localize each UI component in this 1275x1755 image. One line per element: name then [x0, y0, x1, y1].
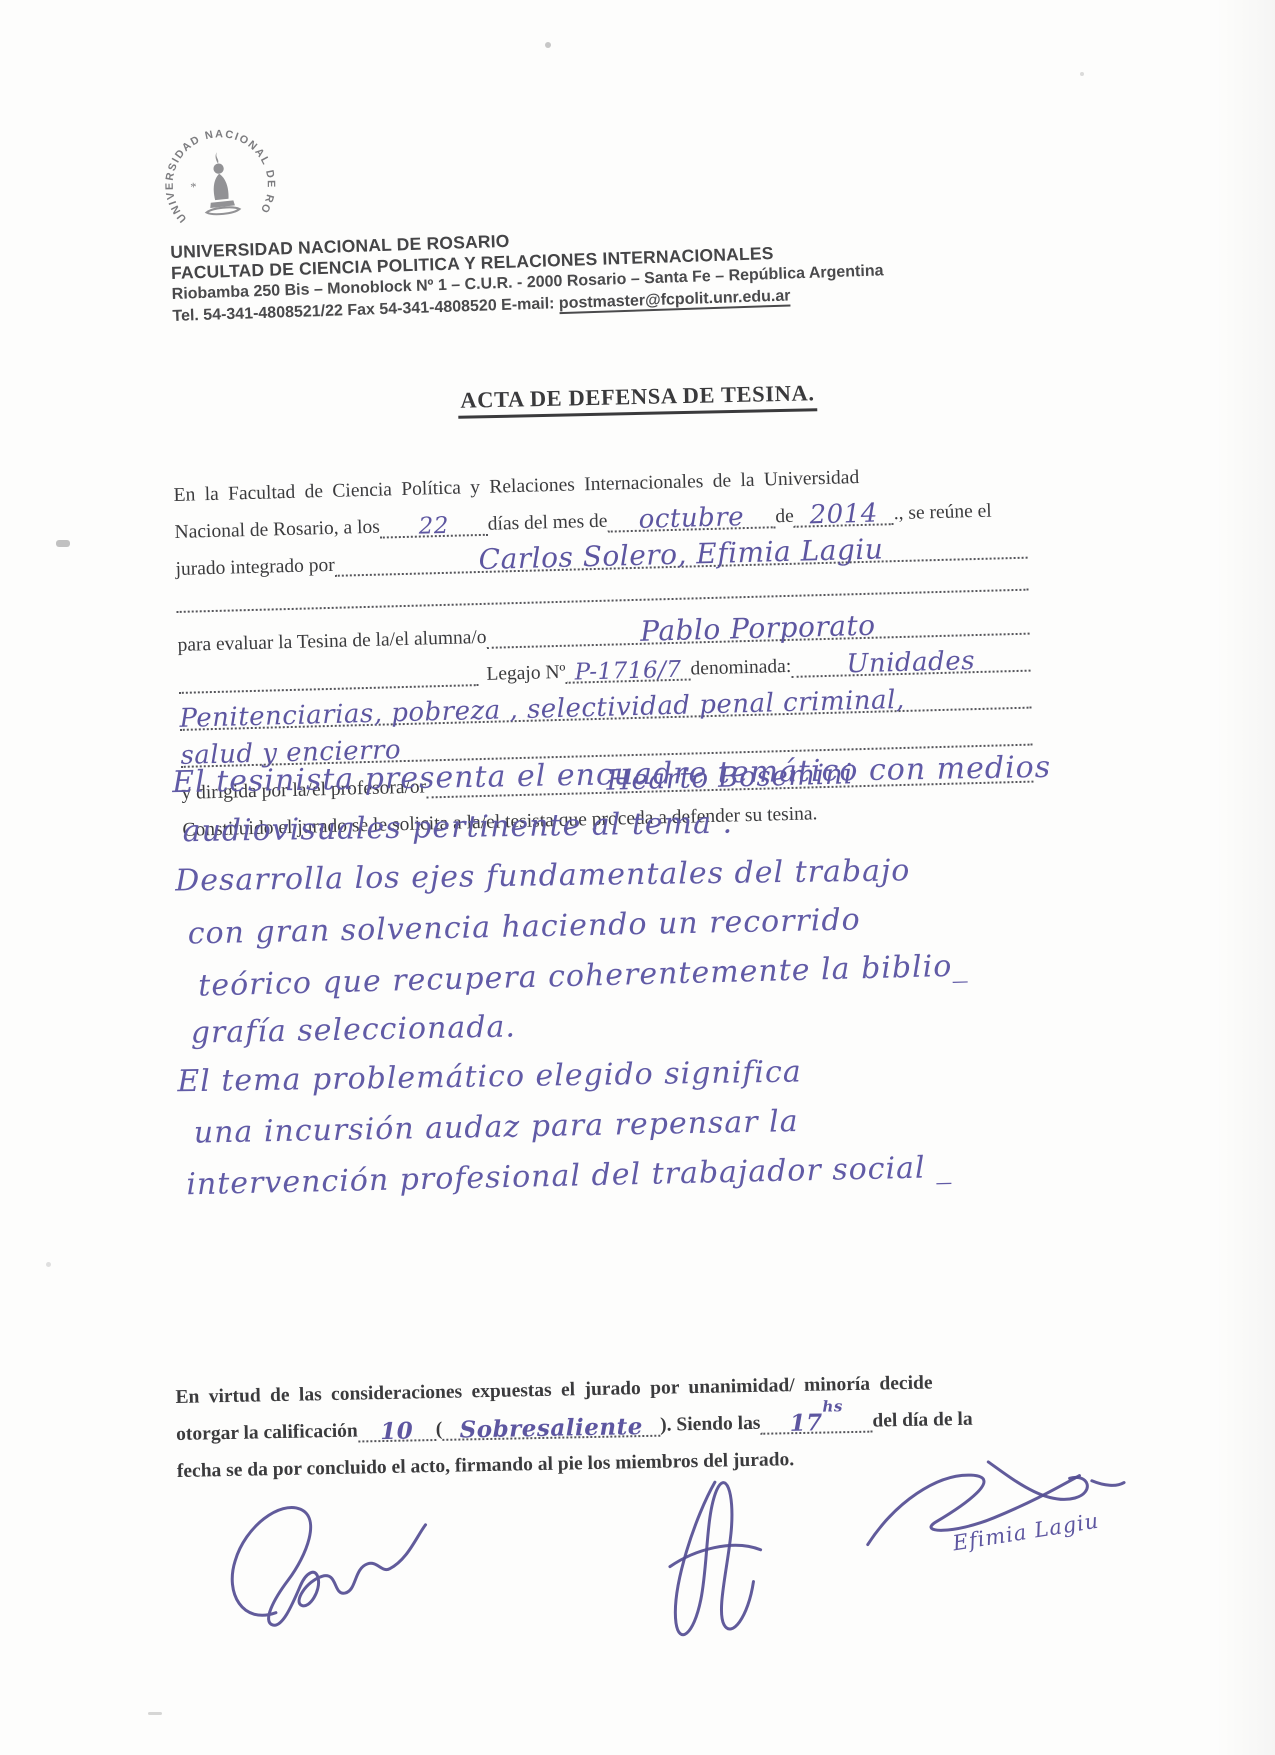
scan-speck	[545, 42, 551, 48]
form-line-2b: días del mes de	[488, 511, 608, 536]
scanned-document-page: UNIVERSIDAD NACIONAL DE ROSARIO * UNIVER…	[0, 0, 1275, 1755]
seal-statue-figure	[200, 150, 239, 215]
year-field: 2014	[793, 497, 894, 528]
scan-speck	[148, 1712, 162, 1715]
letterhead: UNIVERSIDAD NACIONAL DE ROSARIO FACULTAD…	[170, 215, 992, 328]
grade-word-field: Sobresaliente	[442, 1412, 660, 1441]
legajo-field: P-1716/7	[565, 656, 691, 684]
hour-field: 17hs	[760, 1406, 872, 1435]
signature-jury-left	[208, 1486, 446, 1663]
month-value: octubre	[638, 504, 744, 533]
grade-field: 10	[358, 1416, 436, 1442]
legajo-label: Legajo Nº	[478, 662, 566, 686]
seal-graphic: UNIVERSIDAD NACIONAL DE ROSARIO *	[152, 114, 288, 250]
closing-line-2d: del día de la	[872, 1409, 973, 1432]
hour-suffix: hs	[822, 1398, 843, 1416]
year-value: 2014	[809, 501, 878, 529]
form-line-2d: ., se reúne el	[893, 501, 992, 525]
hour-number: 17	[789, 1410, 823, 1438]
denominada-label: denominada:	[690, 656, 791, 680]
signature-jury-center	[631, 1465, 788, 1665]
form-line-3a: jurado integrado por	[175, 555, 335, 581]
seal-star: *	[190, 180, 198, 195]
document-title: ACTA DE DEFENSA DE TESINA.	[458, 380, 817, 418]
student-name: Pablo Porporato	[640, 612, 876, 646]
grade-value: 10	[380, 1419, 413, 1443]
email-address: postmaster@fcpolit.unr.edu.ar	[559, 287, 791, 314]
form-line-2c: de	[775, 506, 794, 528]
grade-word-value: Sobresaliente	[459, 1415, 643, 1442]
document-title-wrap: ACTA DE DEFENSA DE TESINA.	[0, 371, 1275, 429]
scan-speck	[56, 540, 70, 547]
university-seal-stamp: UNIVERSIDAD NACIONAL DE ROSARIO *	[152, 114, 288, 250]
scan-speck	[46, 1262, 51, 1267]
scan-speck	[1080, 72, 1084, 76]
day-field: 22	[379, 511, 488, 539]
month-field: octubre	[607, 500, 776, 532]
hour-value: 17hs	[789, 1410, 843, 1436]
legajo-number: P-1716/7	[574, 659, 681, 685]
thesis-title-part-1: Unidades	[846, 648, 975, 677]
handwritten-evaluation: El tesinista presenta el encuadre temáti…	[172, 753, 1077, 1212]
closing-line-2c: ). Siendo las	[660, 1413, 761, 1436]
closing-line-2a: otorgar la calificación	[176, 1421, 358, 1446]
day-value: 22	[418, 515, 449, 539]
